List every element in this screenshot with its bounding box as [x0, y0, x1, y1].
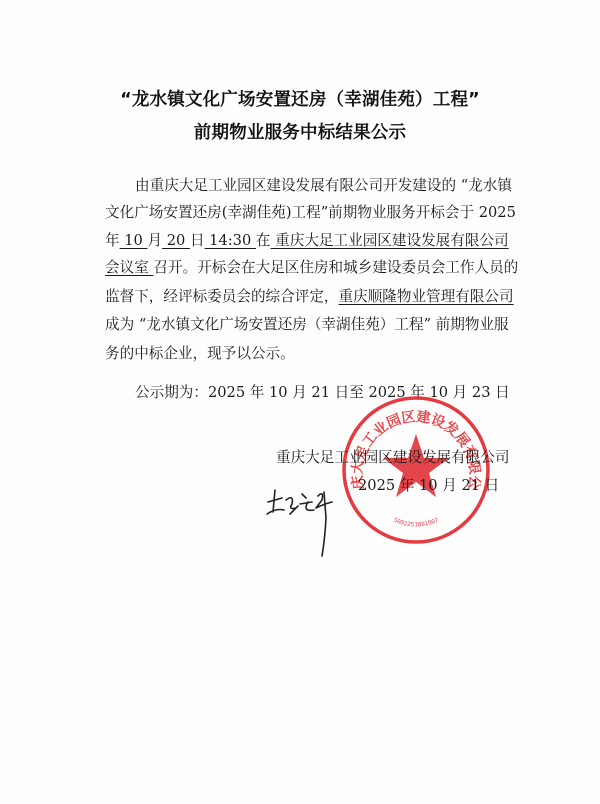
meeting-venue-part-1: 重庆大足工业园区建设发展有限公司	[271, 232, 509, 249]
document-page: “龙水镇文化广场安置还房（幸湖佳苑）工程” 前期物业服务中标结果公示 由重庆大足…	[0, 0, 600, 804]
handwritten-signature	[262, 478, 352, 558]
evaluation-text: 监督下，经评标委员会的综合评定，	[105, 288, 339, 305]
at-label: 在	[256, 232, 271, 249]
paragraph-line-4-rest: 召开。开标会在大足区住房和城乡建设委员会工作人员的	[153, 259, 518, 276]
winning-company: 重庆顺隆物业管理有限公司	[339, 288, 514, 305]
month-label: 月	[147, 232, 162, 249]
paragraph-line-5: 监督下，经评标委员会的综合评定，重庆顺隆物业管理有限公司	[105, 288, 500, 306]
meeting-month: 10	[120, 232, 148, 249]
year-suffix: 年	[105, 232, 120, 249]
paragraph-line-6: 成为 “龙水镇文化广场安置还房（幸湖佳苑）工程” 前期物业服	[105, 316, 500, 334]
svg-text:5002251001907: 5002251001907	[392, 517, 440, 529]
issue-date: 2025 年 10 月 21 日	[358, 474, 499, 495]
paragraph-line-4: 会议室 召开。开标会在大足区住房和城乡建设委员会工作人员的	[105, 259, 500, 277]
document-title-line-2: 前期物业服务中标结果公示	[0, 119, 600, 144]
paragraph-line-1: 由重庆大足工业园区建设发展有限公司开发建设的 “龙水镇	[135, 177, 500, 195]
paragraph-line-2: 文化广场安置还房(幸湖佳苑)工程”前期物业服务开标会于 2025	[105, 204, 500, 222]
meeting-day: 20	[162, 232, 190, 249]
document-title-line-1: “龙水镇文化广场安置还房（幸湖佳苑）工程”	[0, 86, 600, 111]
paragraph-line-3: 年 10 月 20 日 14:30 在 重庆大足工业园区建设发展有限公司	[105, 232, 500, 250]
meeting-venue-part-2: 会议室	[105, 259, 153, 276]
issuer-company: 重庆大足工业园区建设发展有限公司	[276, 446, 510, 467]
official-seal-stamp: 重庆大足工业园区建设发展有限公司 5002251001907	[340, 394, 492, 546]
meeting-time: 14:30	[205, 232, 256, 249]
day-label: 日	[190, 232, 205, 249]
paragraph-line-7: 务的中标企业，现予以公示。	[105, 345, 500, 363]
